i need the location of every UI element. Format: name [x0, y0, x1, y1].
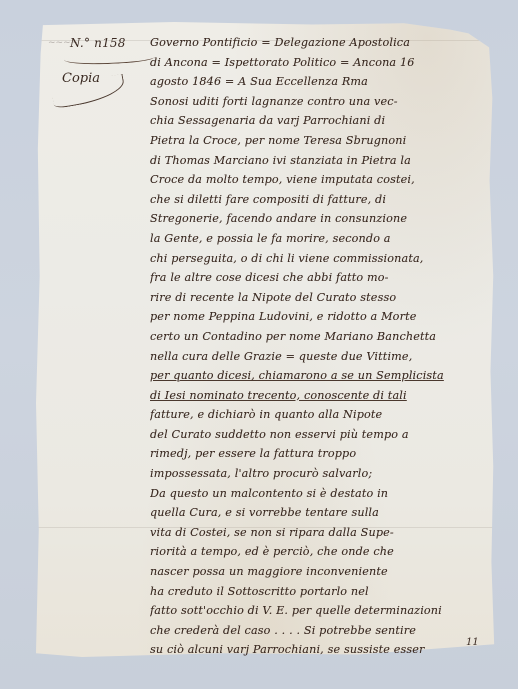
text-line: la Gente, e possia le fa morire, secondo… — [150, 229, 492, 249]
text-line: fra le altre cose dicesi che abbi fatto … — [150, 268, 492, 288]
text-line: rimedj, per essere la fattura troppo — [150, 444, 492, 464]
text-line: che si diletti fare compositi di fatture… — [150, 190, 492, 210]
text-line: fatture, e dichiarò in quanto alla Nipot… — [150, 405, 492, 425]
letter-body: Governo Pontificio = Delegazione Apostol… — [150, 33, 492, 660]
text-line: impossessata, l'altro procurò salvarlo; — [150, 464, 492, 484]
text-line: certo un Contadino per nome Mariano Banc… — [150, 327, 492, 347]
text-line: chi perseguita, o di chi li viene commis… — [150, 249, 492, 269]
text-line: per nome Peppina Ludovini, e ridotto a M… — [150, 307, 492, 327]
text-line: del Curato suddetto non esservi più temp… — [150, 425, 492, 445]
text-line: riorità a tempo, ed è perciò, che onde c… — [150, 542, 492, 562]
text-line: su ciò alcuni varj Parrochiani, se sussi… — [150, 640, 492, 660]
text-line: agosto 1846 = A Sua Eccellenza Rma — [150, 72, 492, 92]
text-line: Sonosi uditi forti lagnanze contro una v… — [150, 92, 492, 112]
text-line-underlined: di Iesi nominato trecento, conoscente di… — [150, 386, 492, 406]
text-line: Da questo un malcontento si è destato in — [150, 484, 492, 504]
text-line: vita di Costei, se non si ripara dalla S… — [150, 523, 492, 543]
text-line: ha creduto il Sottoscritto portarlo nel — [150, 582, 492, 602]
text-line: Croce da molto tempo, viene imputata cos… — [150, 170, 492, 190]
text-line: che crederà del caso . . . . Si potrebbe… — [150, 621, 492, 641]
text-line: nella cura delle Grazie = queste due Vit… — [150, 347, 492, 367]
text-line-underlined: per quanto dicesi, chiamarono a se un Se… — [150, 366, 492, 386]
text-line: quella Cura, e si vorrebbe tentare sulla — [150, 503, 492, 523]
text-line: chia Sessagenaria da varj Parrochiani di — [150, 111, 492, 131]
text-line: Stregonerie, facendo andare in consunzio… — [150, 209, 492, 229]
text-line: di Ancona = Ispettorato Politico = Ancon… — [150, 53, 492, 73]
text-line: di Thomas Marciano ivi stanziata in Piet… — [150, 151, 492, 171]
page-number: 11 — [466, 637, 479, 648]
text-line: fatto sott'occhio di V. E. per quelle de… — [150, 601, 492, 621]
text-line: Pietra la Croce, per nome Teresa Sbrugno… — [150, 131, 492, 151]
text-line: nascer possa un maggiore inconveniente — [150, 562, 492, 582]
protocol-number: N.° n158 — [70, 36, 126, 50]
text-line: rire di recente la Nipote del Curato ste… — [150, 288, 492, 308]
text-line: Governo Pontificio = Delegazione Apostol… — [150, 33, 492, 53]
